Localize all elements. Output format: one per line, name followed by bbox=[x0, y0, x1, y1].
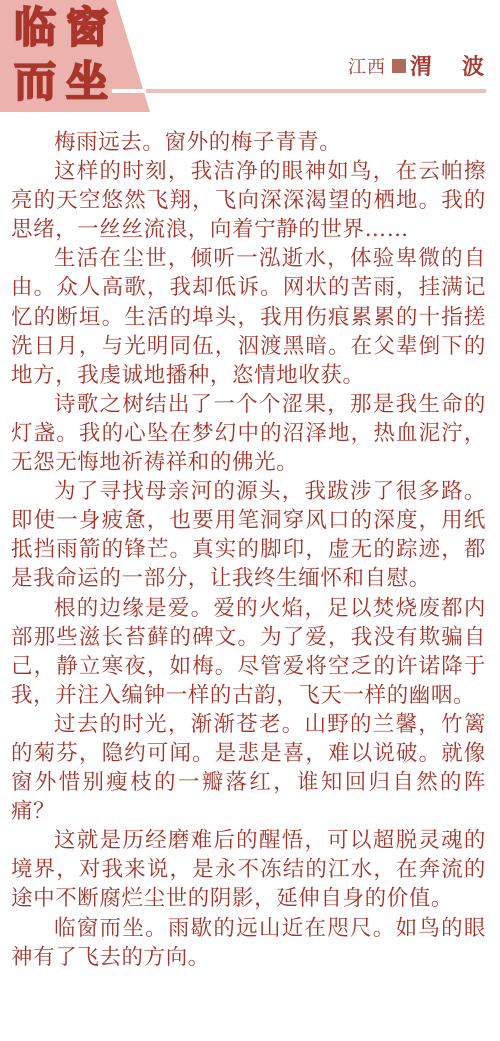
paragraph: 为了寻找母亲河的源头，我跋涉了很多路。即使一身疲惫，也要用笔洞穿风口的深度，用纸… bbox=[11, 477, 486, 593]
paragraph: 生活在尘世，倾听一泓逝水，体验卑微的自由。众人高歌，我却低诉。网状的苦雨，挂满记… bbox=[11, 244, 486, 389]
paragraph: 这样的时刻，我洁净的眼神如鸟，在云帕擦亮的天空悠然飞翔，飞向深深渴望的栖地。我的… bbox=[11, 157, 486, 244]
paragraph: 诗歌之树结出了一个个涩果，那是我生命的灯盏。我的心坠在梦幻中的沼泽地，热血泥泞，… bbox=[11, 390, 486, 477]
title-char-4: 坐 bbox=[66, 60, 108, 104]
article-body: 梅雨远去。窗外的梅子青青。 这样的时刻，我洁净的眼神如鸟，在云帕擦亮的天空悠然飞… bbox=[11, 128, 486, 972]
title-char-2: 窗 bbox=[66, 6, 108, 50]
paragraph: 这就是历经磨难后的醒悟，可以超脱灵魂的境界，对我来说，是永不冻结的江水，在奔流的… bbox=[11, 826, 486, 913]
paragraph: 根的边缘是爱。爱的火焰，足以焚烧废都内部那些滋长苔藓的碑文。为了爱，我没有欺骗自… bbox=[11, 594, 486, 710]
square-separator-icon bbox=[392, 59, 406, 73]
author-name-last: 波 bbox=[462, 50, 484, 81]
author-name-first: 渭 bbox=[410, 50, 432, 81]
title-char-1: 临 bbox=[14, 6, 56, 50]
header-divider-line bbox=[110, 89, 486, 93]
paragraph: 过去的时光，渐渐苍老。山野的兰馨，竹篱的菊芬，隐约可闻。是悲是喜，难以说破。就像… bbox=[11, 710, 486, 826]
paragraph: 临窗而坐。雨歇的远山近在咫尺。如鸟的眼神有了飞去的方向。 bbox=[11, 914, 486, 972]
title-char-3: 而 bbox=[14, 60, 56, 104]
header-divider-gap bbox=[112, 89, 146, 93]
author-region: 江西 bbox=[348, 53, 386, 79]
author-byline: 江西 渭 波 bbox=[348, 50, 484, 81]
paragraph: 梅雨远去。窗外的梅子青青。 bbox=[11, 128, 486, 157]
